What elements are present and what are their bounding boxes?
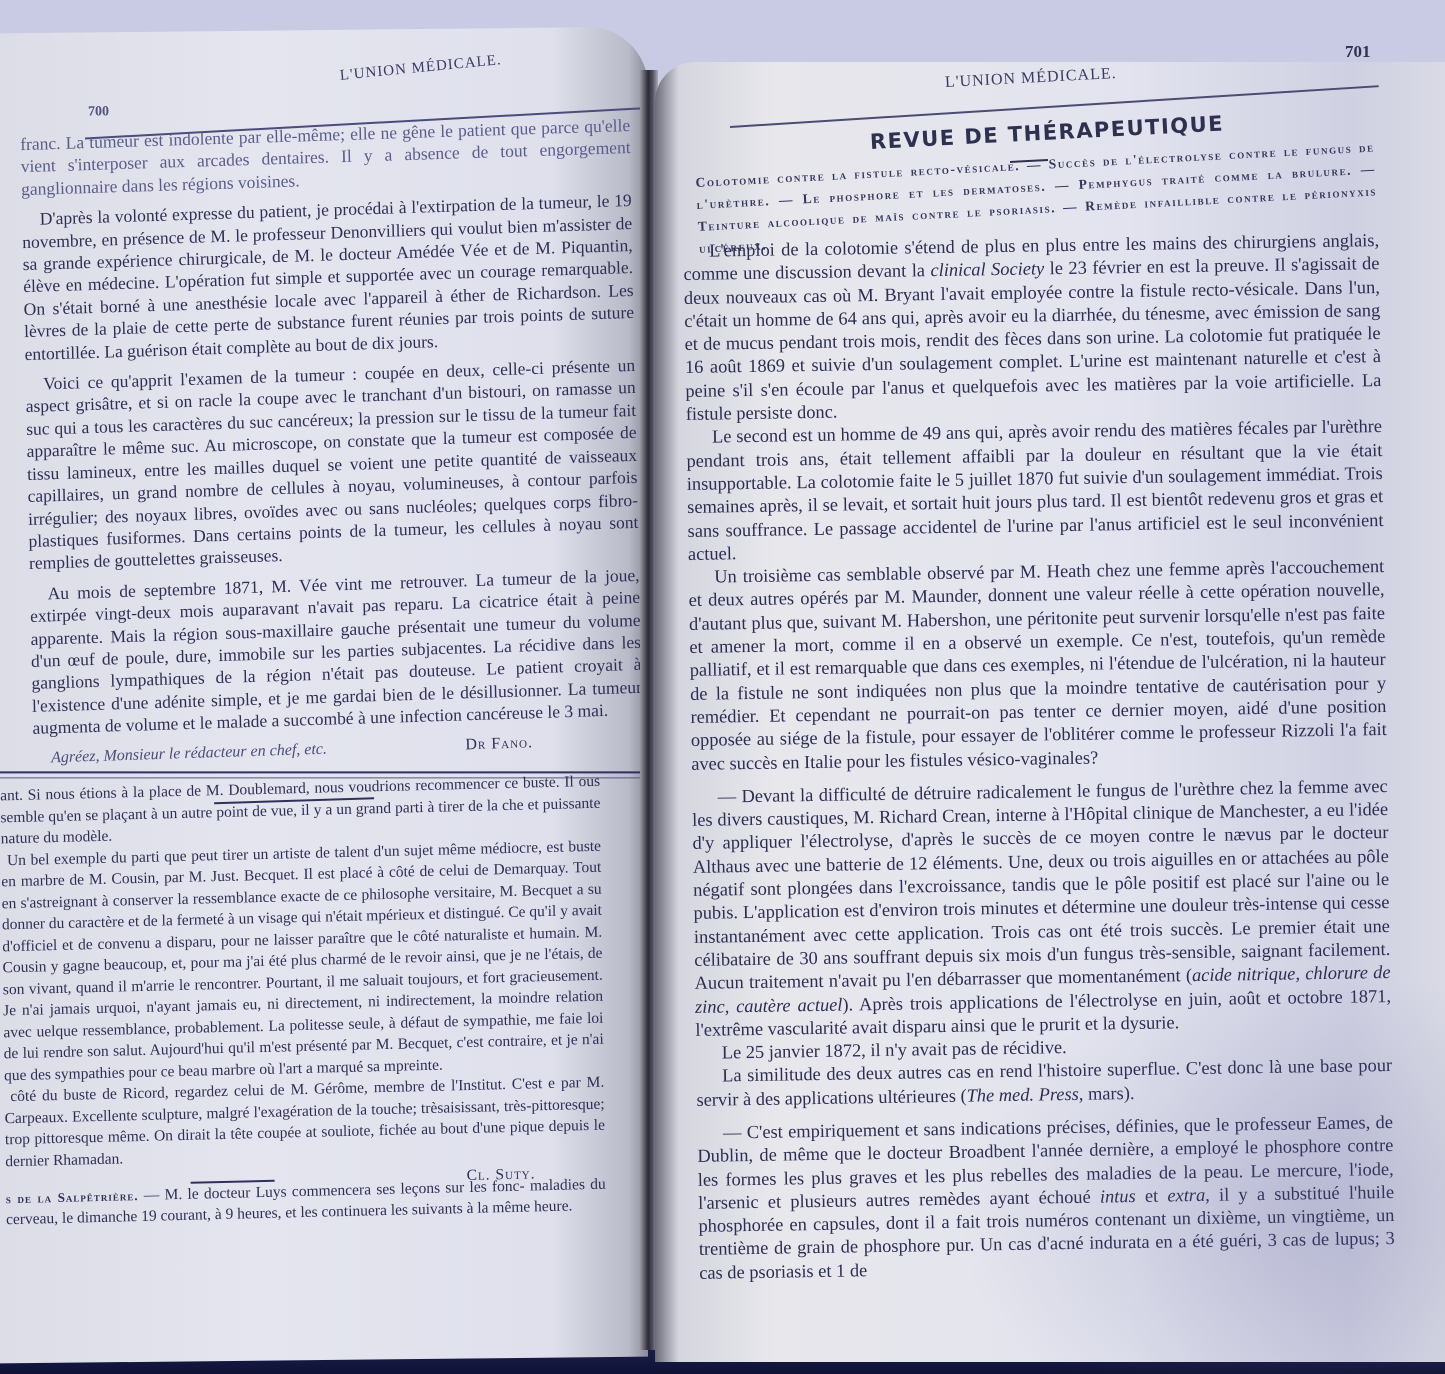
paragraph: Le second est un homme de 49 ans qui, ap…: [686, 415, 1384, 566]
running-head: L'UNION MÉDICALE.: [339, 52, 502, 85]
page-number: 700: [88, 104, 109, 120]
paragraph: — C'est empiriquement et sans indication…: [697, 1111, 1395, 1285]
notice-heading: s de la Salpêtrière.: [6, 1188, 139, 1206]
paragraph: D'après la volonté expresse du patient, …: [22, 189, 635, 365]
text: et: [1136, 1185, 1168, 1205]
paragraph: Un troisième cas semblable observé par M…: [688, 555, 1387, 776]
paragraph: Voici ce qu'apprit l'examen de la tumeur…: [25, 354, 639, 575]
italic-text: The med. Press: [966, 1084, 1079, 1106]
italic-text: clinical Society: [930, 259, 1044, 281]
paragraph: L'emploi de la colotomie s'étend de plus…: [683, 229, 1382, 426]
article-body: L'emploi de la colotomie s'étend de plus…: [683, 229, 1395, 1285]
feuilleton-column: ant. Si nous étions à la place de M. Dou…: [0, 771, 606, 1231]
italic-text: intus: [1100, 1186, 1136, 1207]
signature: Dr Fano.: [465, 728, 643, 756]
closing-salutation: Agréez, Monsieur le rédacteur en chef, e…: [33, 738, 327, 770]
paragraph: — Devant la difficulté de détruire radic…: [692, 775, 1392, 1042]
right-page: 701 L'UNION MÉDICALE. REVUE DE THÉRAPEUT…: [655, 62, 1445, 1362]
paragraph: Un bel exemple du parti que peut tirer u…: [1, 835, 604, 1086]
italic-text: extra: [1167, 1185, 1205, 1206]
paragraph: côté du buste de Ricord, regardez celui …: [4, 1072, 605, 1173]
text: — Devant la difficulté de détruire radic…: [692, 776, 1390, 993]
left-page: L'UNION MÉDICALE. 700 franc. La tumeur e…: [0, 27, 648, 1364]
running-head: L'UNION MÉDICALE.: [945, 65, 1118, 92]
letter-body: franc. La tumeur est indolente par elle-…: [20, 114, 644, 810]
paragraph: Au mois de septembre 1871, M. Vée vint m…: [29, 564, 642, 740]
page-number: 701: [1345, 42, 1371, 62]
text: , mars).: [1079, 1083, 1135, 1104]
paragraph: La similitude des deux autres cas en ren…: [696, 1054, 1393, 1112]
